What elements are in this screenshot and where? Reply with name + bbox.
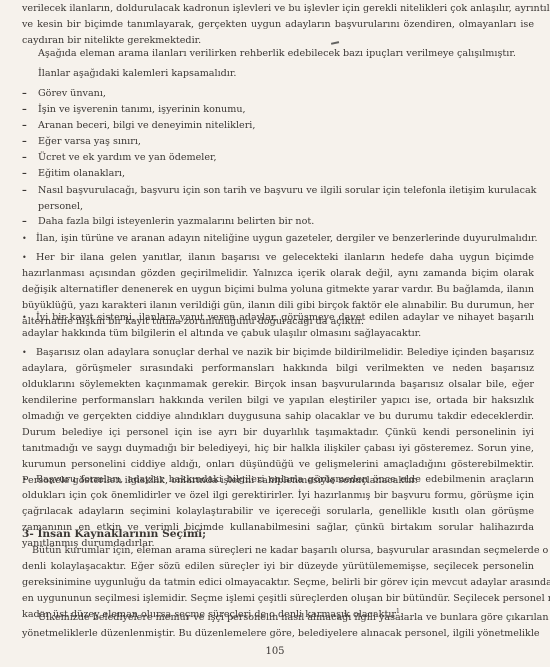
section-heading: 3- İnsan Kaynaklarının Seçimi; [22, 526, 206, 542]
document-page-bottom: •Başvuru formları, adaylar hakkındaki bi… [0, 0, 550, 667]
page-number: 105 [0, 646, 550, 657]
bullet-icon: • [22, 472, 36, 488]
